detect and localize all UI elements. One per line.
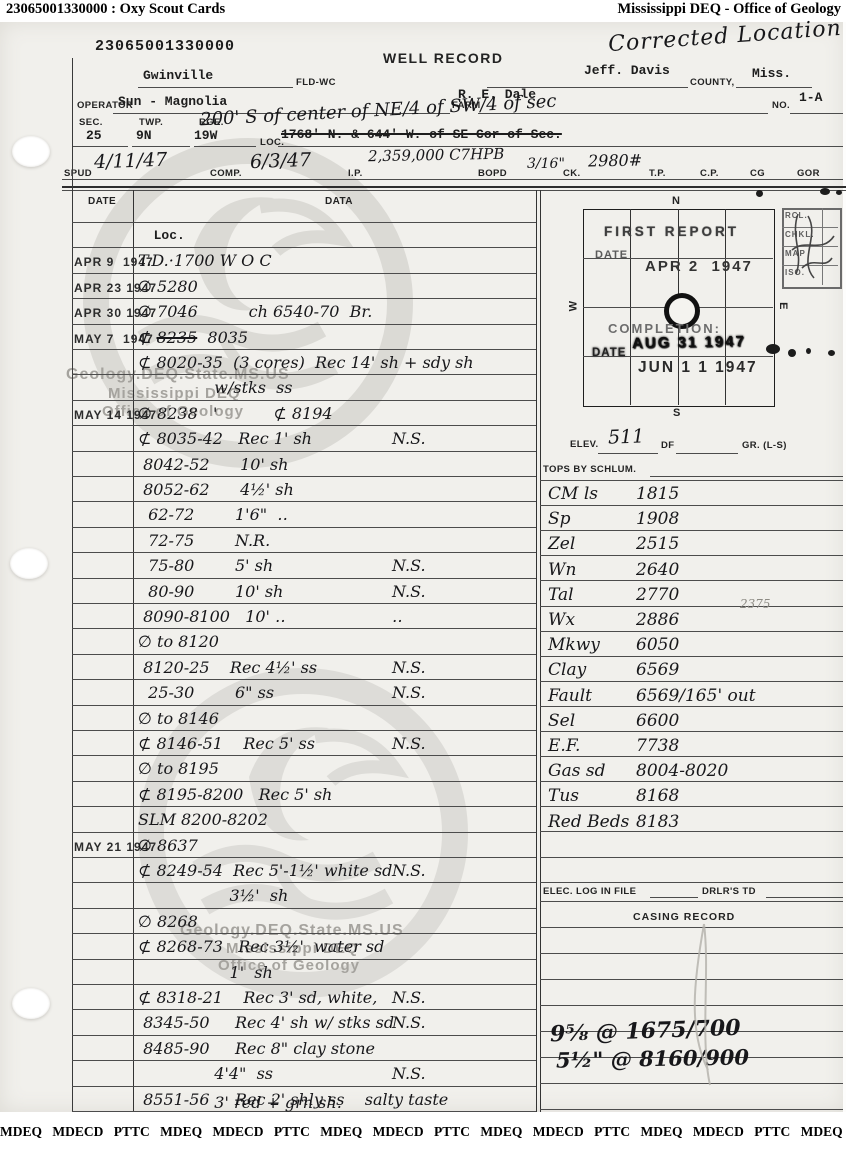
compass-north: N	[672, 195, 680, 207]
compass-east: E	[777, 302, 789, 310]
row-show-note: N.S.	[392, 858, 426, 883]
footer-agency-strip: MDEQ MDECD PTTC MDEQ MDECD PTTC MDEQ MDE…	[0, 1124, 846, 1140]
row-date-stamp: MAY 14 1947	[74, 403, 136, 428]
table-row: ∅ to 8146	[74, 708, 544, 733]
row-data-text: T.D.·1700 W O C	[138, 248, 272, 273]
tops-row: Tus8168	[548, 784, 844, 809]
tops-row: Fault6569/165' out	[548, 684, 844, 709]
tops-row: Wx2886	[548, 608, 844, 633]
row-date-stamp: APR 9 1947	[74, 250, 136, 275]
row-data-text: ∅ 5280	[138, 274, 198, 299]
rule-line	[540, 901, 843, 902]
tops-row: Tal2770	[548, 583, 844, 608]
row-date-stamp: APR 23 1947	[74, 276, 136, 301]
elec-log-label: ELEC. LOG IN FILE	[543, 886, 636, 897]
tops-row: Gas sd8004-8020	[548, 759, 844, 784]
row-data-text: ∅ 8637	[138, 833, 198, 858]
tops-row: CM ls1815	[548, 482, 844, 507]
tops-row: Mkwy6050	[548, 633, 844, 658]
table-row: Loc.	[74, 225, 544, 250]
row-data-text: ∅ to 8195	[138, 756, 219, 781]
row-data-text: 8042-52 10' sh	[138, 452, 288, 477]
row-data-text: 8120-25 Rec 4½' ss	[138, 655, 317, 680]
table-row: APR 30 1947∅ 7046 ch 6540-70 Br.	[74, 301, 544, 326]
tops-name: Tal	[548, 583, 574, 608]
table-row: 80-90 10' shN.S.	[74, 581, 544, 606]
tops-depth: 6569/165' out	[636, 684, 756, 709]
tops-depth: 2515	[636, 532, 679, 557]
tops-name: Sel	[548, 709, 575, 734]
row-data-text: ⊄ 8235 8035	[138, 325, 248, 350]
pencil-scratch	[680, 920, 740, 1105]
row-data-text: ⊄ 8249-54 Rec 5'-1½' white sd	[138, 858, 392, 883]
rule-line	[540, 1109, 843, 1110]
row-show-note: N.S.	[392, 680, 426, 705]
tops-by-schlum-label: TOPS BY SCHLUM.	[543, 464, 636, 475]
table-row: 8120-25 Rec 4½' ssN.S.	[74, 657, 544, 682]
row-data-text: ⊄ 8318-21 Rec 3' sd, white,	[138, 985, 377, 1010]
table-row: MAY 7 1947⊄ 8235 8035	[74, 327, 544, 352]
row-data-text: 8345-50 Rec 4' sh w/ stks sd	[138, 1010, 394, 1035]
row-data-text: ∅ 8238 ' ⊄ 8194	[138, 401, 333, 426]
tops-name: Fault	[548, 684, 592, 709]
elev-value: 511	[608, 425, 645, 448]
row-data-text: 1' sh	[138, 960, 273, 985]
tops-name: Wn	[548, 558, 576, 583]
tops-name: E.F.	[548, 734, 580, 759]
table-row: ⊄ 8195-8200 Rec 5' sh	[74, 784, 544, 809]
row-date-stamp: APR 30 1947	[74, 301, 136, 326]
tops-name: Sp	[548, 507, 571, 532]
ink-speck	[756, 190, 763, 197]
row-data-text: 80-90 10' sh	[138, 579, 283, 604]
table-row: 8052-62 4½' sh	[74, 479, 544, 504]
tops-row: Wn2640	[548, 558, 844, 583]
completion-smudged-stamp: AUG 31 1947	[632, 333, 746, 352]
row-show-note: N.S.	[392, 1010, 426, 1035]
table-row: 4'4" ssN.S.	[74, 1063, 544, 1088]
elev-df-label: DF	[661, 440, 674, 451]
tops-depth: 8004-8020	[636, 759, 728, 784]
row-data-text: SLM 8200-8202	[138, 807, 268, 832]
row-show-note: N.S.	[392, 985, 426, 1010]
table-row: 1' sh	[74, 962, 544, 987]
rule-line	[540, 857, 843, 858]
elev-label: ELEV.	[570, 439, 599, 450]
row-data-text: ⊄ 8020-35 (3 cores) Rec 14' sh + sdy sh	[138, 350, 474, 375]
row-show-note: ‥	[392, 604, 403, 629]
table-row: ⊄ 8035-42 Rec 1' shN.S.	[74, 428, 544, 453]
row-data-text: ∅ 7046 ch 6540-70 Br.	[138, 299, 372, 324]
tops-depth: 2640	[636, 558, 679, 583]
ink-blot	[806, 348, 811, 354]
tops-name: CM ls	[548, 482, 598, 507]
compass-south: S	[673, 407, 681, 419]
ink-speck	[820, 188, 830, 195]
row-show-note: N.S.	[392, 426, 426, 451]
row-data-text: ⊄ 8268-73 Rec 3½' water sd	[138, 934, 384, 959]
table-row: ⊄ 8318-21 Rec 3' sd, white,N.S.	[74, 987, 544, 1012]
table-row: MAY 21 1947∅ 8637	[74, 835, 544, 860]
row-date-stamp: MAY 21 1947	[74, 835, 136, 860]
row-data-text: 62-72 1'6" ‥	[138, 502, 288, 527]
row-data-text: ∅ 8268	[138, 909, 198, 934]
drlrs-td-label: DRLR'S TD	[702, 886, 756, 897]
completion-date-label: DATE	[592, 347, 626, 359]
row-data-text: 4'4" ss	[138, 1061, 273, 1086]
ink-blot	[766, 344, 780, 354]
tops-depth: 2770	[636, 583, 679, 608]
first-report-date-label: DATE	[595, 249, 628, 261]
rule-line	[540, 882, 843, 883]
table-row: ∅ 8268	[74, 911, 544, 936]
row-data-text: ∅ to 8146	[138, 706, 219, 731]
table-row: w/stks ss	[74, 377, 544, 402]
tops-row: Red Beds8183	[548, 810, 844, 835]
row-data-text: 8485-90 Rec 8" clay stone	[138, 1036, 375, 1061]
row-data-text: 3' red + grn sh.	[138, 1090, 342, 1115]
table-row: 72-75 N.R.	[74, 530, 544, 555]
row-data-text: 25-30 6" ss	[138, 680, 274, 705]
rule-line	[540, 480, 843, 481]
row-show-note: N.S.	[392, 731, 426, 756]
table-row: ⊄ 8020-35 (3 cores) Rec 14' sh + sdy sh	[74, 352, 544, 377]
tops-depth: 6569	[636, 658, 679, 683]
pencil-note-2375: 2375	[740, 597, 771, 611]
row-date-stamp: MAY 7 1947	[74, 327, 136, 352]
table-row: MAY 14 1947∅ 8238 ' ⊄ 8194	[74, 403, 544, 428]
row-show-note: N.S.	[392, 553, 426, 578]
check-signature-scrawl	[788, 208, 838, 293]
tops-row: Zel2515	[548, 532, 844, 557]
table-row: 8485-90 Rec 8" clay stone	[74, 1038, 544, 1063]
table-row: 8345-50 Rec 4' sh w/ stks sdN.S.	[74, 1012, 544, 1037]
row-data-text: Loc.	[138, 223, 185, 248]
row-show-note: N.S.	[392, 655, 426, 680]
tops-depth: 7738	[636, 734, 679, 759]
tops-name: Tus	[548, 784, 579, 809]
tops-depth: 8168	[636, 784, 679, 809]
tops-name: Red Beds	[548, 810, 629, 835]
table-row: SLM 8200-8202	[74, 809, 544, 834]
tops-depth: 1908	[636, 507, 679, 532]
tops-name: Clay	[548, 658, 586, 683]
row-data-text: ⊄ 8035-42 Rec 1' sh	[138, 426, 312, 451]
first-report-stamp: FIRST REPORT	[604, 224, 739, 239]
row-data-text: w/stks ss	[138, 375, 293, 400]
scanned-well-record-page: { "page_header": { "left": "230650013300…	[0, 0, 846, 1151]
table-row: 8042-52 10' sh	[74, 454, 544, 479]
tops-row: Sp1908	[548, 507, 844, 532]
elev-gr-label: GR. (L-S)	[742, 440, 787, 451]
completion-date-stamp: JUN 1 1 1947	[638, 359, 758, 377]
ink-blot	[828, 350, 835, 356]
table-row: 62-72 1'6" ‥	[74, 504, 544, 529]
compass-west: W	[567, 301, 579, 312]
row-data-text: 75-80 5' sh	[138, 553, 273, 578]
row-data-text: ⊄ 8146-51 Rec 5' ss	[138, 731, 315, 756]
tops-name: Gas sd	[548, 759, 605, 784]
table-row: ⊄ 8249-54 Rec 5'-1½' white sdN.S.	[74, 860, 544, 885]
table-row: 3' red + grn sh.	[74, 1092, 544, 1117]
first-report-date-stamp: APR 2 1947	[645, 258, 753, 275]
table-row: 75-80 5' shN.S.	[74, 555, 544, 580]
tops-depth: 8183	[636, 810, 679, 835]
tops-name: Mkwy	[548, 633, 600, 658]
tops-row: Clay6569	[548, 658, 844, 683]
row-data-text: 8052-62 4½' sh	[138, 477, 294, 502]
tops-name: Wx	[548, 608, 575, 633]
ink-speck	[836, 190, 842, 195]
tops-depth: 6600	[636, 709, 679, 734]
row-show-note: N.S.	[392, 1061, 426, 1086]
tops-name: Zel	[548, 532, 575, 557]
row-data-text: ∅ to 8120	[138, 629, 219, 654]
tops-row: Sel6600	[548, 709, 844, 734]
table-row: 3½' sh	[74, 885, 544, 910]
tops-depth: 2886	[636, 608, 679, 633]
row-data-text: 3½' sh	[138, 883, 288, 908]
table-row: ⊄ 8146-51 Rec 5' ssN.S.	[74, 733, 544, 758]
row-show-note: N.S.	[392, 579, 426, 604]
ink-blot	[788, 349, 796, 357]
row-data-text: 72-75 N.R.	[138, 528, 270, 553]
table-row: APR 23 1947∅ 5280	[74, 276, 544, 301]
table-row: ∅ to 8120	[74, 631, 544, 656]
table-row: ∅ to 8195	[74, 758, 544, 783]
row-data-text: ⊄ 8195-8200 Rec 5' sh	[138, 782, 332, 807]
row-data-text: 8090-8100 10' ‥	[138, 604, 286, 629]
table-row: 8090-8100 10' ‥‥	[74, 606, 544, 631]
table-row: ⊄ 8268-73 Rec 3½' water sd	[74, 936, 544, 961]
table-row: APR 9 1947T.D.·1700 W O C	[74, 250, 544, 275]
table-row: 25-30 6" ssN.S.	[74, 682, 544, 707]
tops-row: E.F.7738	[548, 734, 844, 759]
tops-depth: 1815	[636, 482, 679, 507]
tops-depth: 6050	[636, 633, 679, 658]
